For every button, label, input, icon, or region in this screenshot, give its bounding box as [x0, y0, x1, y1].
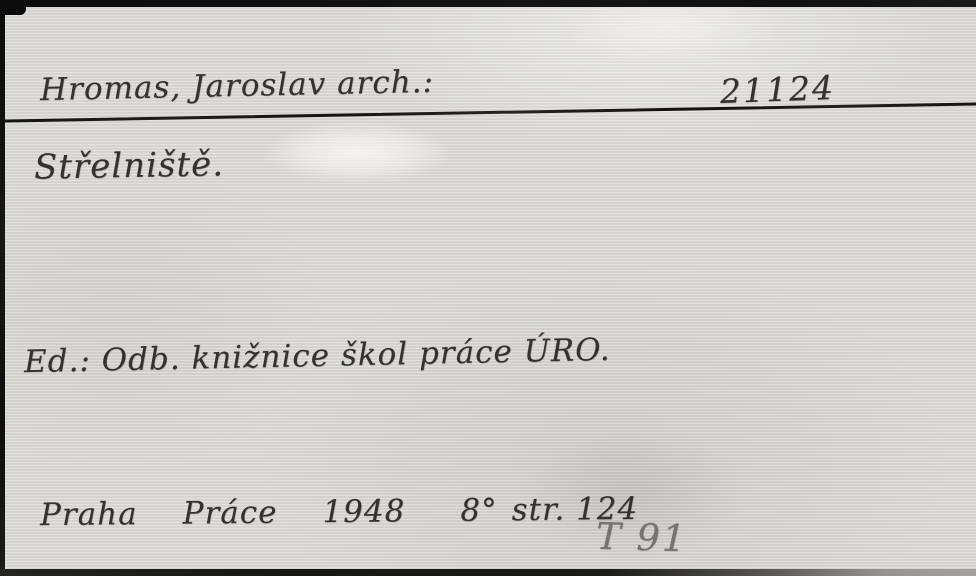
- series-note: Ed.: Odb. knižnice škol práce ÚRO.: [24, 332, 611, 380]
- scan-edge-left: [0, 0, 5, 576]
- scan-edge-bottom: [0, 569, 976, 576]
- imprint-publisher: Práce: [182, 495, 277, 532]
- imprint-year: 1948: [322, 493, 405, 530]
- imprint-place: Praha: [40, 496, 138, 533]
- catalog-card-scan: Hromas, Jaroslav arch.: 21124 Střelniště…: [0, 0, 976, 576]
- shelf-mark-pencil: T 91: [595, 515, 688, 560]
- worn-patch-title-area: [262, 122, 452, 184]
- worn-patch-top-right: [560, 0, 780, 62]
- work-title: Střelniště.: [34, 144, 225, 187]
- scan-edge-corner: [0, 0, 26, 15]
- imprint-line: Praha Práce 1948 8° str. 124: [40, 491, 639, 533]
- scan-edge-top: [0, 0, 976, 7]
- author-heading: Hromas, Jaroslav arch.:: [40, 64, 435, 108]
- imprint-format: 8°: [460, 492, 498, 528]
